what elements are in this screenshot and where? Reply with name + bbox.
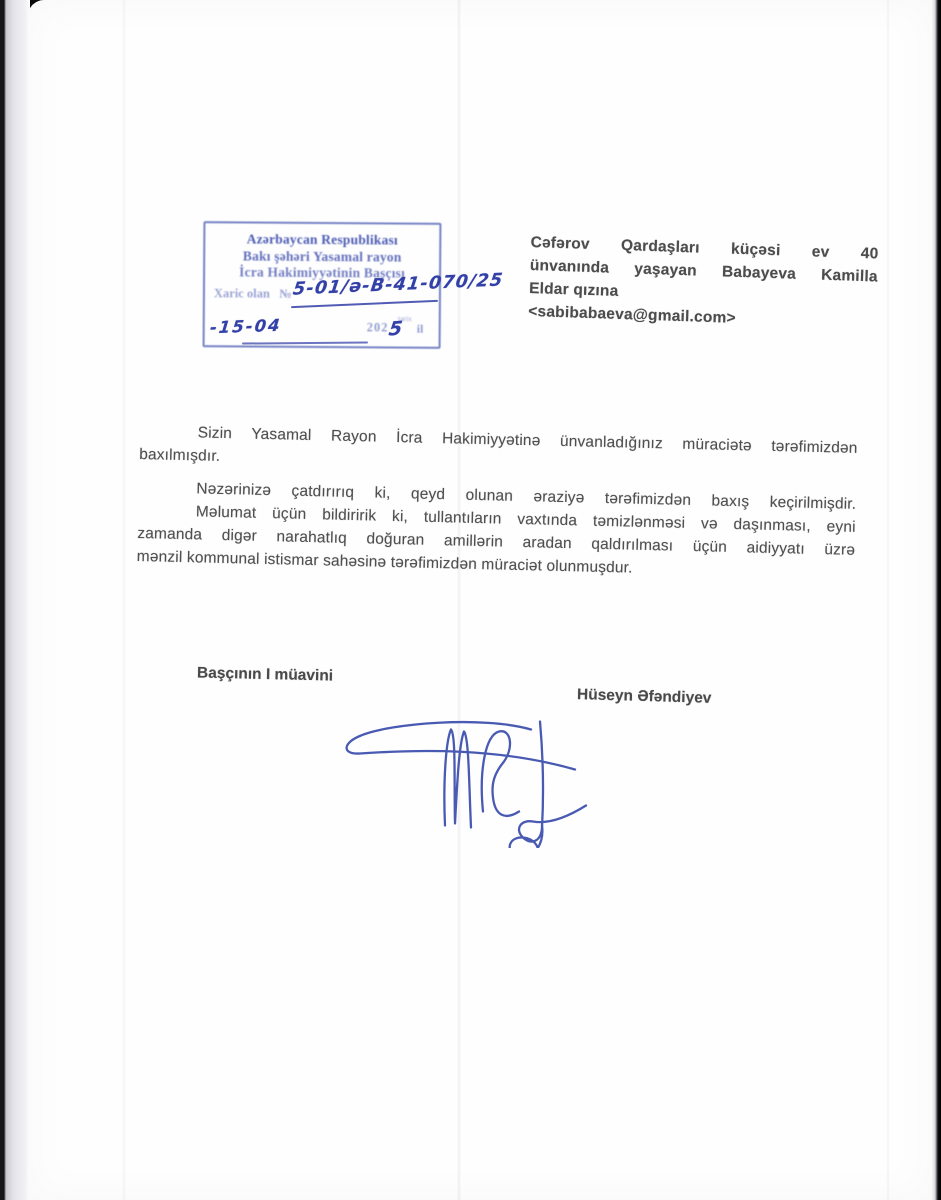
handwritten-date: -15-04	[209, 316, 283, 338]
letter-body: Sizin Yasamal Rayon İcra Hakimiyyətinə ü…	[137, 420, 858, 585]
paper-crease	[457, 0, 461, 1200]
signer-title: Başçının I müavini	[197, 664, 333, 685]
stamp-org-line: Azərbaycan Respublikası	[205, 231, 439, 249]
scan-left-edge	[0, 0, 30, 1200]
stamp-number-sign: №	[279, 286, 292, 300]
stamp-org-line: Bakı şəhəri Yasamal rayon	[205, 248, 439, 266]
stamp-year-printed: 202	[367, 320, 389, 335]
paper-crease	[122, 0, 126, 1200]
handwritten-signature-icon	[333, 683, 633, 848]
stamp-year-suffix: il	[417, 322, 424, 337]
document-page: Azərbaycan Respublikası Bakı şəhəri Yasa…	[28, 0, 932, 1200]
recipient-address-block: Cəfərov Qardaşları küçəsi ev 40 ünvanınd…	[528, 231, 879, 334]
paper-crease	[886, 0, 890, 1200]
stamp-outgoing-label: Xaric olan	[214, 286, 270, 300]
photo-frame: Azərbaycan Respublikası Bakı şəhəri Yasa…	[0, 0, 941, 1200]
